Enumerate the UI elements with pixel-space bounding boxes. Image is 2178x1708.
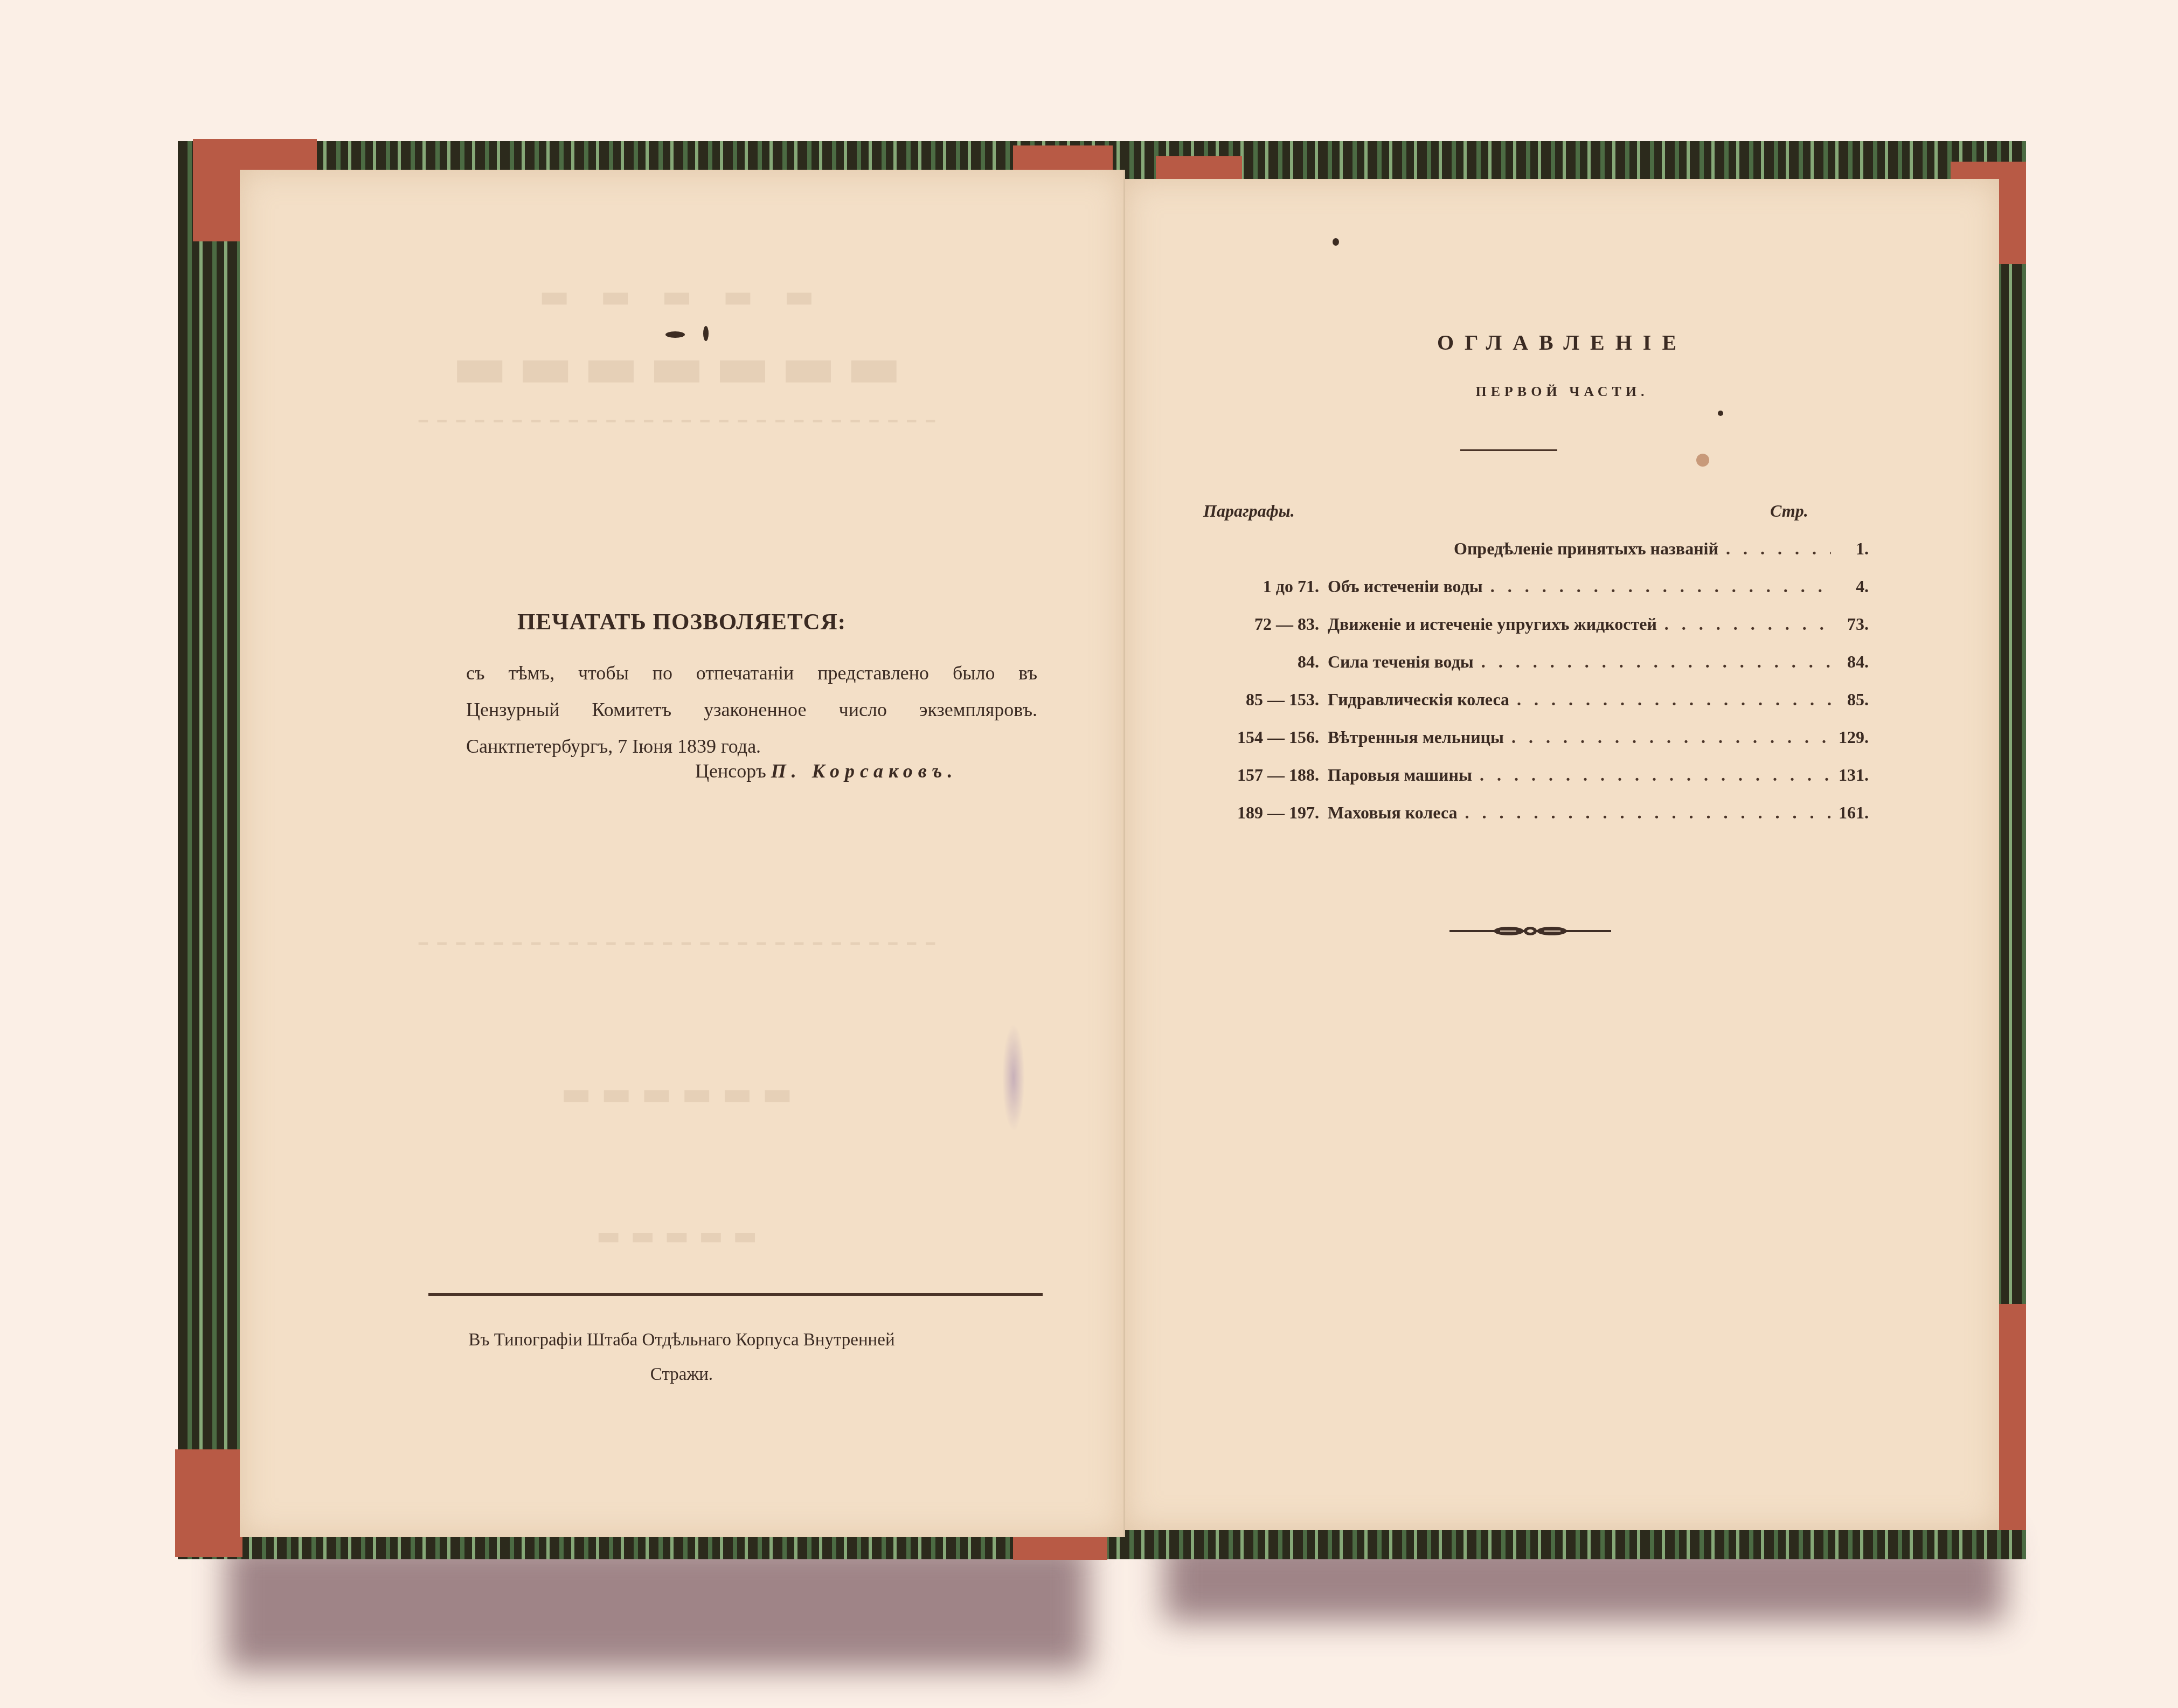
imprimatur-heading: ПЕЧАТАТЬ ПОЗВОЛЯЕТСЯ: bbox=[240, 609, 1123, 635]
cover-corner-top-spine-right bbox=[1156, 156, 1242, 180]
censor-name: П. Корсаковъ. bbox=[771, 760, 958, 782]
leader-dots: . . . . . . . . . . . . . . . . . . . . … bbox=[1718, 539, 1831, 559]
paragraph-range: 154 — 156. bbox=[1195, 727, 1319, 747]
show-through-text: ▬▬▬▬▬▬ bbox=[240, 1075, 1123, 1113]
paragraph-range: 72 — 83. bbox=[1195, 614, 1319, 634]
show-through-text: ━━━━━━━━━━━━━━━━━━━━━━━━━━━━ bbox=[240, 935, 1123, 953]
censor-label: Ценсоръ bbox=[695, 760, 766, 782]
page-number: 161. bbox=[1831, 803, 1869, 823]
ornament-divider-icon bbox=[1449, 926, 1611, 936]
cover-corner-bottom-left bbox=[175, 1449, 242, 1557]
page-number: 4. bbox=[1831, 577, 1869, 596]
leader-dots: . . . . . . . . . . . . . . . . . . . . … bbox=[1504, 727, 1831, 747]
imprimatur-line: съ тѣмъ, чтобы по отпечатаніи представле… bbox=[466, 655, 1037, 691]
entry-title: Гидравлическія колеса bbox=[1319, 690, 1509, 710]
toc-title: ОГЛАВЛЕНІЕ bbox=[1125, 330, 1999, 355]
page-number: 84. bbox=[1831, 652, 1869, 672]
foxing-spot bbox=[1696, 454, 1709, 467]
toc-entry: 157 — 188. Паровыя машины . . . . . . . … bbox=[1195, 765, 1869, 787]
leader-dots: . . . . . . . . . . . . . . . . . . . . … bbox=[1509, 690, 1831, 710]
toc-entry: 1 до 71. Объ истеченіи воды . . . . . . … bbox=[1195, 577, 1869, 598]
leader-dots: . . . . . . . . . . . . . . . . . . . . … bbox=[1472, 765, 1831, 785]
leader-dots: . . . . . . . . . . . . . . . . . . . . … bbox=[1474, 652, 1831, 672]
page-number: 73. bbox=[1831, 614, 1869, 634]
paragraph-range: 84. bbox=[1195, 652, 1319, 672]
show-through-text: ▬ ▬ ▬ ▬ ▬ bbox=[240, 277, 1123, 315]
title-rule bbox=[1460, 449, 1557, 451]
leader-dots: . . . . . . . . . . . . . . . . . . . . … bbox=[1657, 614, 1831, 634]
show-through-text: ━━━━━━━━━━━━━━━━━━━━━━━━━━━━ bbox=[240, 412, 1123, 430]
column-header-paragraphs: Параграфы. bbox=[1203, 501, 1295, 521]
entry-title: Сила теченія воды bbox=[1319, 652, 1474, 672]
leader-dots: . . . . . . . . . . . . . . . . . . . . … bbox=[1458, 803, 1832, 823]
horizontal-rule bbox=[428, 1293, 1043, 1296]
show-through-text: ▬▬▬▬▬▬▬ bbox=[240, 331, 1123, 401]
toc-subtitle: ПЕРВОЙ ЧАСТИ. bbox=[1125, 384, 1999, 400]
imprint-line: Стражи. bbox=[240, 1357, 1123, 1392]
left-page: ▬ ▬ ▬ ▬ ▬ ▬▬▬▬▬▬▬ ━━━━━━━━━━━━━━━━━━━━━━… bbox=[240, 170, 1125, 1537]
leader-dots: . . . . . . . . . . . . . . . . . . . . … bbox=[1483, 577, 1831, 596]
page-number: 85. bbox=[1831, 690, 1869, 710]
column-header-pages: Стр. bbox=[1770, 501, 1808, 521]
ink-blot bbox=[665, 331, 685, 338]
paragraph-range: 157 — 188. bbox=[1195, 765, 1319, 785]
paragraph-range: 1 до 71. bbox=[1195, 577, 1319, 596]
library-stamp bbox=[1002, 1024, 1025, 1131]
censor-signature: Ценсоръ П. Корсаковъ. bbox=[695, 760, 958, 782]
ink-blot bbox=[703, 326, 709, 341]
toc-entry: 154 — 156. Вѣтренныя мельницы . . . . . … bbox=[1195, 727, 1869, 749]
toc-entry: 84. Сила теченія воды . . . . . . . . . … bbox=[1195, 652, 1869, 674]
page-number: 1. bbox=[1831, 539, 1869, 559]
right-page: ОГЛАВЛЕНІЕ ПЕРВОЙ ЧАСТИ. Параграфы. Стр.… bbox=[1125, 179, 1999, 1530]
entry-title: Опредѣленіе принятыхъ названій bbox=[1319, 539, 1718, 559]
paragraph-range: 85 — 153. bbox=[1195, 690, 1319, 710]
imprimatur-line: Цензурный Комитетъ узаконенное число экз… bbox=[466, 691, 1037, 728]
entry-title: Движеніе и истеченіе упругихъ жидкостей bbox=[1319, 614, 1657, 634]
paragraph-range: 189 — 197. bbox=[1195, 803, 1319, 823]
imprimatur-line: Санктпетербургъ, 7 Іюня 1839 года. bbox=[466, 728, 1037, 765]
show-through-text: ▬▬▬▬▬ bbox=[240, 1220, 1123, 1251]
entry-title: Паровыя машины bbox=[1319, 765, 1472, 785]
page-number: 129. bbox=[1831, 727, 1869, 747]
entry-title: Объ истеченіи воды bbox=[1319, 577, 1483, 596]
toc-entry: 72 — 83. Движеніе и истеченіе упругихъ ж… bbox=[1195, 614, 1869, 636]
toc-entry: 189 — 197. Маховыя колеса . . . . . . . … bbox=[1195, 803, 1869, 824]
page-number: 131. bbox=[1831, 765, 1869, 785]
toc-entry: 85 — 153. Гидравлическія колеса . . . . … bbox=[1195, 690, 1869, 711]
ink-speck bbox=[1718, 411, 1723, 416]
entry-title: Вѣтренныя мельницы bbox=[1319, 727, 1504, 747]
toc-entry: Опредѣленіе принятыхъ названій . . . . .… bbox=[1195, 539, 1869, 560]
ink-speck bbox=[1333, 238, 1339, 246]
imprimatur-text: съ тѣмъ, чтобы по отпечатаніи представле… bbox=[466, 655, 1037, 765]
imprint-line: Въ Типографіи Штаба Отдѣльнаго Корпуса В… bbox=[240, 1323, 1123, 1357]
entry-title: Маховыя колеса bbox=[1319, 803, 1458, 823]
book-shadow-left bbox=[226, 1541, 1088, 1670]
printer-imprint: Въ Типографіи Штаба Отдѣльнаго Корпуса В… bbox=[240, 1323, 1123, 1392]
